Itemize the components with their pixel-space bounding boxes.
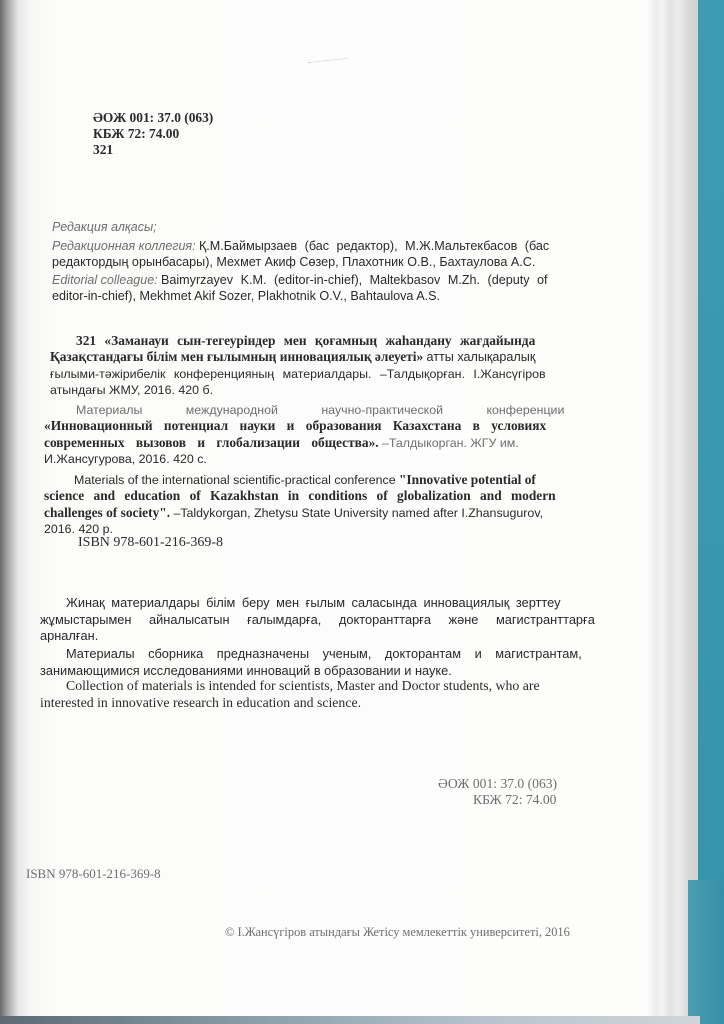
bib-ru-line4: И.Жансугурова, 2016. 420 с. xyxy=(44,451,207,467)
footer-lbc-code: КБЖ 72: 74.00 xyxy=(473,792,556,808)
bib-kz-title-end: Қазақстандағы білім мен ғылымның инновац… xyxy=(50,349,423,364)
annotation-kz-line2: жұмыстарымен айналысатын ғалымдарға, док… xyxy=(40,612,595,628)
bib-en-line2: science and education of Kazakhstan in c… xyxy=(44,488,556,504)
scan-bottom-edge xyxy=(0,1016,700,1024)
annotation-en-line1: Collection of materials is intended for … xyxy=(66,678,540,694)
annotation-ru-line2: занимающимися исследованиями инноваций в… xyxy=(40,663,452,679)
bib-ru-line2: «Инновационный потенциал науки и образов… xyxy=(44,418,546,434)
editorial-label-en: Editorial colleague: xyxy=(52,273,158,287)
bib-en-line3: challenges of society". –Taldykorgan, Zh… xyxy=(44,505,543,521)
editorial-ru-names: Қ.М.Баймырзаев (бас редактор), М.Ж.Мальт… xyxy=(199,239,549,253)
lbc-code: КБЖ 72: 74.00 xyxy=(93,126,179,142)
footer-udc-code: ӘОЖ 001: 37.0 (063) xyxy=(438,776,557,792)
udc-code: ӘОЖ 001: 37.0 (063) xyxy=(93,110,213,126)
editorial-label-kz: Редакция алқасы; xyxy=(52,219,157,235)
bib-en-intro: Materials of the international scientifi… xyxy=(74,473,396,487)
bib-ru-title-end: современных вызовов и глобализации общес… xyxy=(44,435,379,450)
editorial-en-line1: Editorial colleague: Baimyrzayev K.M. (e… xyxy=(52,272,682,288)
annotation-kz-line1: Жинақ материалдары білім беру мен ғылым … xyxy=(66,595,561,611)
annotation-en-line2: interested in innovative research in edu… xyxy=(40,695,361,711)
book-cover-edge-lower xyxy=(688,880,724,1024)
bib-en-publisher: –Taldykorgan, Zhetysu State University n… xyxy=(173,506,543,520)
editorial-ru-line2: редактордың орынбасары), Мехмет Акиф Сөз… xyxy=(52,254,535,270)
author-mark: 321 xyxy=(93,142,113,158)
editorial-en-line2: editor-in-chief), Mekhmet Akif Sozer, Pl… xyxy=(52,288,440,304)
editorial-en-names: Baimyrzayev K.M. (editor-in-chief), Malt… xyxy=(161,273,548,287)
bib-ru-publisher: –Талдыкорган. ЖГУ им. xyxy=(382,436,519,450)
book-cover-edge xyxy=(698,0,724,1024)
bib-kz-line2: Қазақстандағы білім мен ғылымның инновац… xyxy=(50,349,535,365)
bib-en-title-end: challenges of society". xyxy=(44,505,170,520)
annotation-ru-line1: Материалы сборника предназначены ученым,… xyxy=(66,646,582,662)
bib-kz-title-suffix: атты халықаралық xyxy=(427,350,536,364)
bib-en-line1: Materials of the international scientifi… xyxy=(74,472,536,488)
bib-ru-line1: Материалы международной научно-практичес… xyxy=(76,402,564,418)
page-edges xyxy=(648,0,700,1024)
copyright-notice: © І.Жансүгіров атындағы Жетісу мемлекетт… xyxy=(225,924,570,940)
editorial-ru-line1: Редакционная коллегия: Қ.М.Баймырзаев (б… xyxy=(52,238,682,254)
isbn-bottom: ISBN 978-601-216-369-8 xyxy=(26,866,161,882)
bib-kz-line1: 321 «Заманауи сын-тегеуріндер мен қоғамн… xyxy=(76,333,535,349)
bib-en-title-start: "Innovative potential of xyxy=(399,472,536,487)
editorial-label-ru: Редакционная коллегия: xyxy=(52,239,196,253)
annotation-kz-line3: арналған. xyxy=(40,628,98,644)
bib-kz-line4: атындағы ЖМУ, 2016. 420 б. xyxy=(50,382,213,398)
bib-ru-line3: современных вызовов и глобализации общес… xyxy=(44,435,519,451)
isbn-main: ISBN 978-601-216-369-8 xyxy=(78,535,223,551)
bib-kz-line3: ғылыми-тәжірибелік конференцияның матери… xyxy=(50,366,546,382)
